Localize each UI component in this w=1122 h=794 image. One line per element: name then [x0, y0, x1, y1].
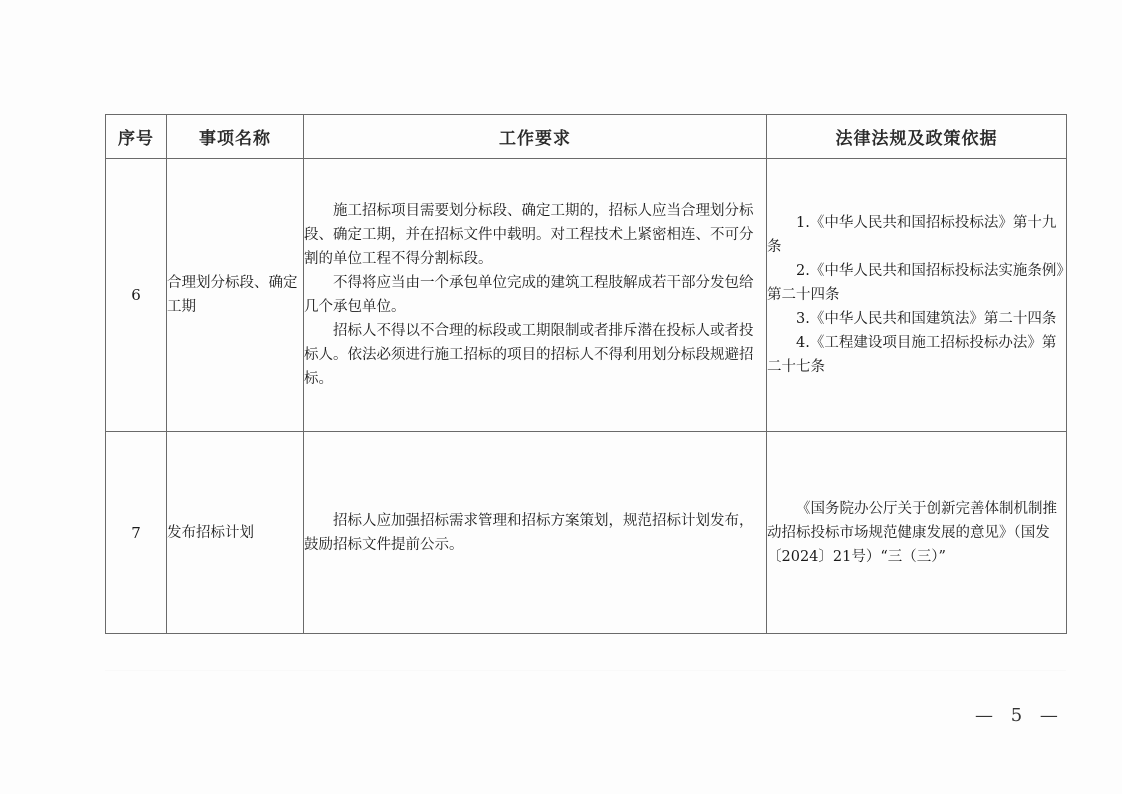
requirement-paragraph: 不得将应当由一个承包单位完成的建筑工程肢解成若干部分发包给几个承包单位。 [304, 271, 766, 319]
table-row: 6 合理划分标段、确定工期 施工招标项目需要划分标段、确定工期的，招标人应当合理… [106, 159, 1067, 432]
legal-basis-item: 3.《中华人民共和国建筑法》第二十四条 [767, 307, 1066, 331]
requirements-cell: 招标人应加强招标需求管理和招标方案策划，规范招标计划发布，鼓励招标文件提前公示。 [304, 432, 767, 634]
table-header-row: 序号 事项名称 工作要求 法律法规及政策依据 [106, 115, 1067, 159]
document-page: 序号 事项名称 工作要求 法律法规及政策依据 6 合理划分标段、确定工期 施工招… [0, 0, 1122, 794]
legal-basis-item: 1.《中华人民共和国招标投标法》第十九条 [767, 211, 1066, 259]
requirement-paragraph: 招标人应加强招标需求管理和招标方案策划，规范招标计划发布，鼓励招标文件提前公示。 [304, 509, 766, 557]
row-number: 6 [106, 159, 167, 432]
legal-basis-item: 2.《中华人民共和国招标投标法实施条例》第二十四条 [767, 259, 1066, 307]
requirement-paragraph: 招标人不得以不合理的标段或工期限制或者排斥潜在投标人或者投标人。依法必须进行施工… [304, 319, 766, 391]
header-legal-basis: 法律法规及政策依据 [767, 115, 1067, 159]
header-requirements: 工作要求 [304, 115, 767, 159]
row-number: 7 [106, 432, 167, 634]
legal-basis-cell: 1.《中华人民共和国招标投标法》第十九条 2.《中华人民共和国招标投标法实施条例… [767, 159, 1067, 432]
legal-basis-item: 《国务院办公厅关于创新完善体制机制推动招标投标市场规范健康发展的意见》（国发〔2… [767, 497, 1066, 569]
page-number: — 5 — [975, 705, 1064, 726]
header-item-name: 事项名称 [167, 115, 304, 159]
item-name: 合理划分标段、确定工期 [167, 159, 304, 432]
requirements-cell: 施工招标项目需要划分标段、确定工期的，招标人应当合理划分标段、确定工期，并在招标… [304, 159, 767, 432]
legal-basis-cell: 《国务院办公厅关于创新完善体制机制推动招标投标市场规范健康发展的意见》（国发〔2… [767, 432, 1067, 634]
requirement-paragraph: 施工招标项目需要划分标段、确定工期的，招标人应当合理划分标段、确定工期，并在招标… [304, 199, 766, 271]
regulation-table: 序号 事项名称 工作要求 法律法规及政策依据 6 合理划分标段、确定工期 施工招… [105, 114, 1067, 634]
header-no: 序号 [106, 115, 167, 159]
table-row: 7 发布招标计划 招标人应加强招标需求管理和招标方案策划，规范招标计划发布，鼓励… [106, 432, 1067, 634]
bleed-through-shadow [105, 640, 1066, 671]
item-name: 发布招标计划 [167, 432, 304, 634]
legal-basis-item: 4.《工程建设项目施工招标投标办法》第二十七条 [767, 331, 1066, 379]
